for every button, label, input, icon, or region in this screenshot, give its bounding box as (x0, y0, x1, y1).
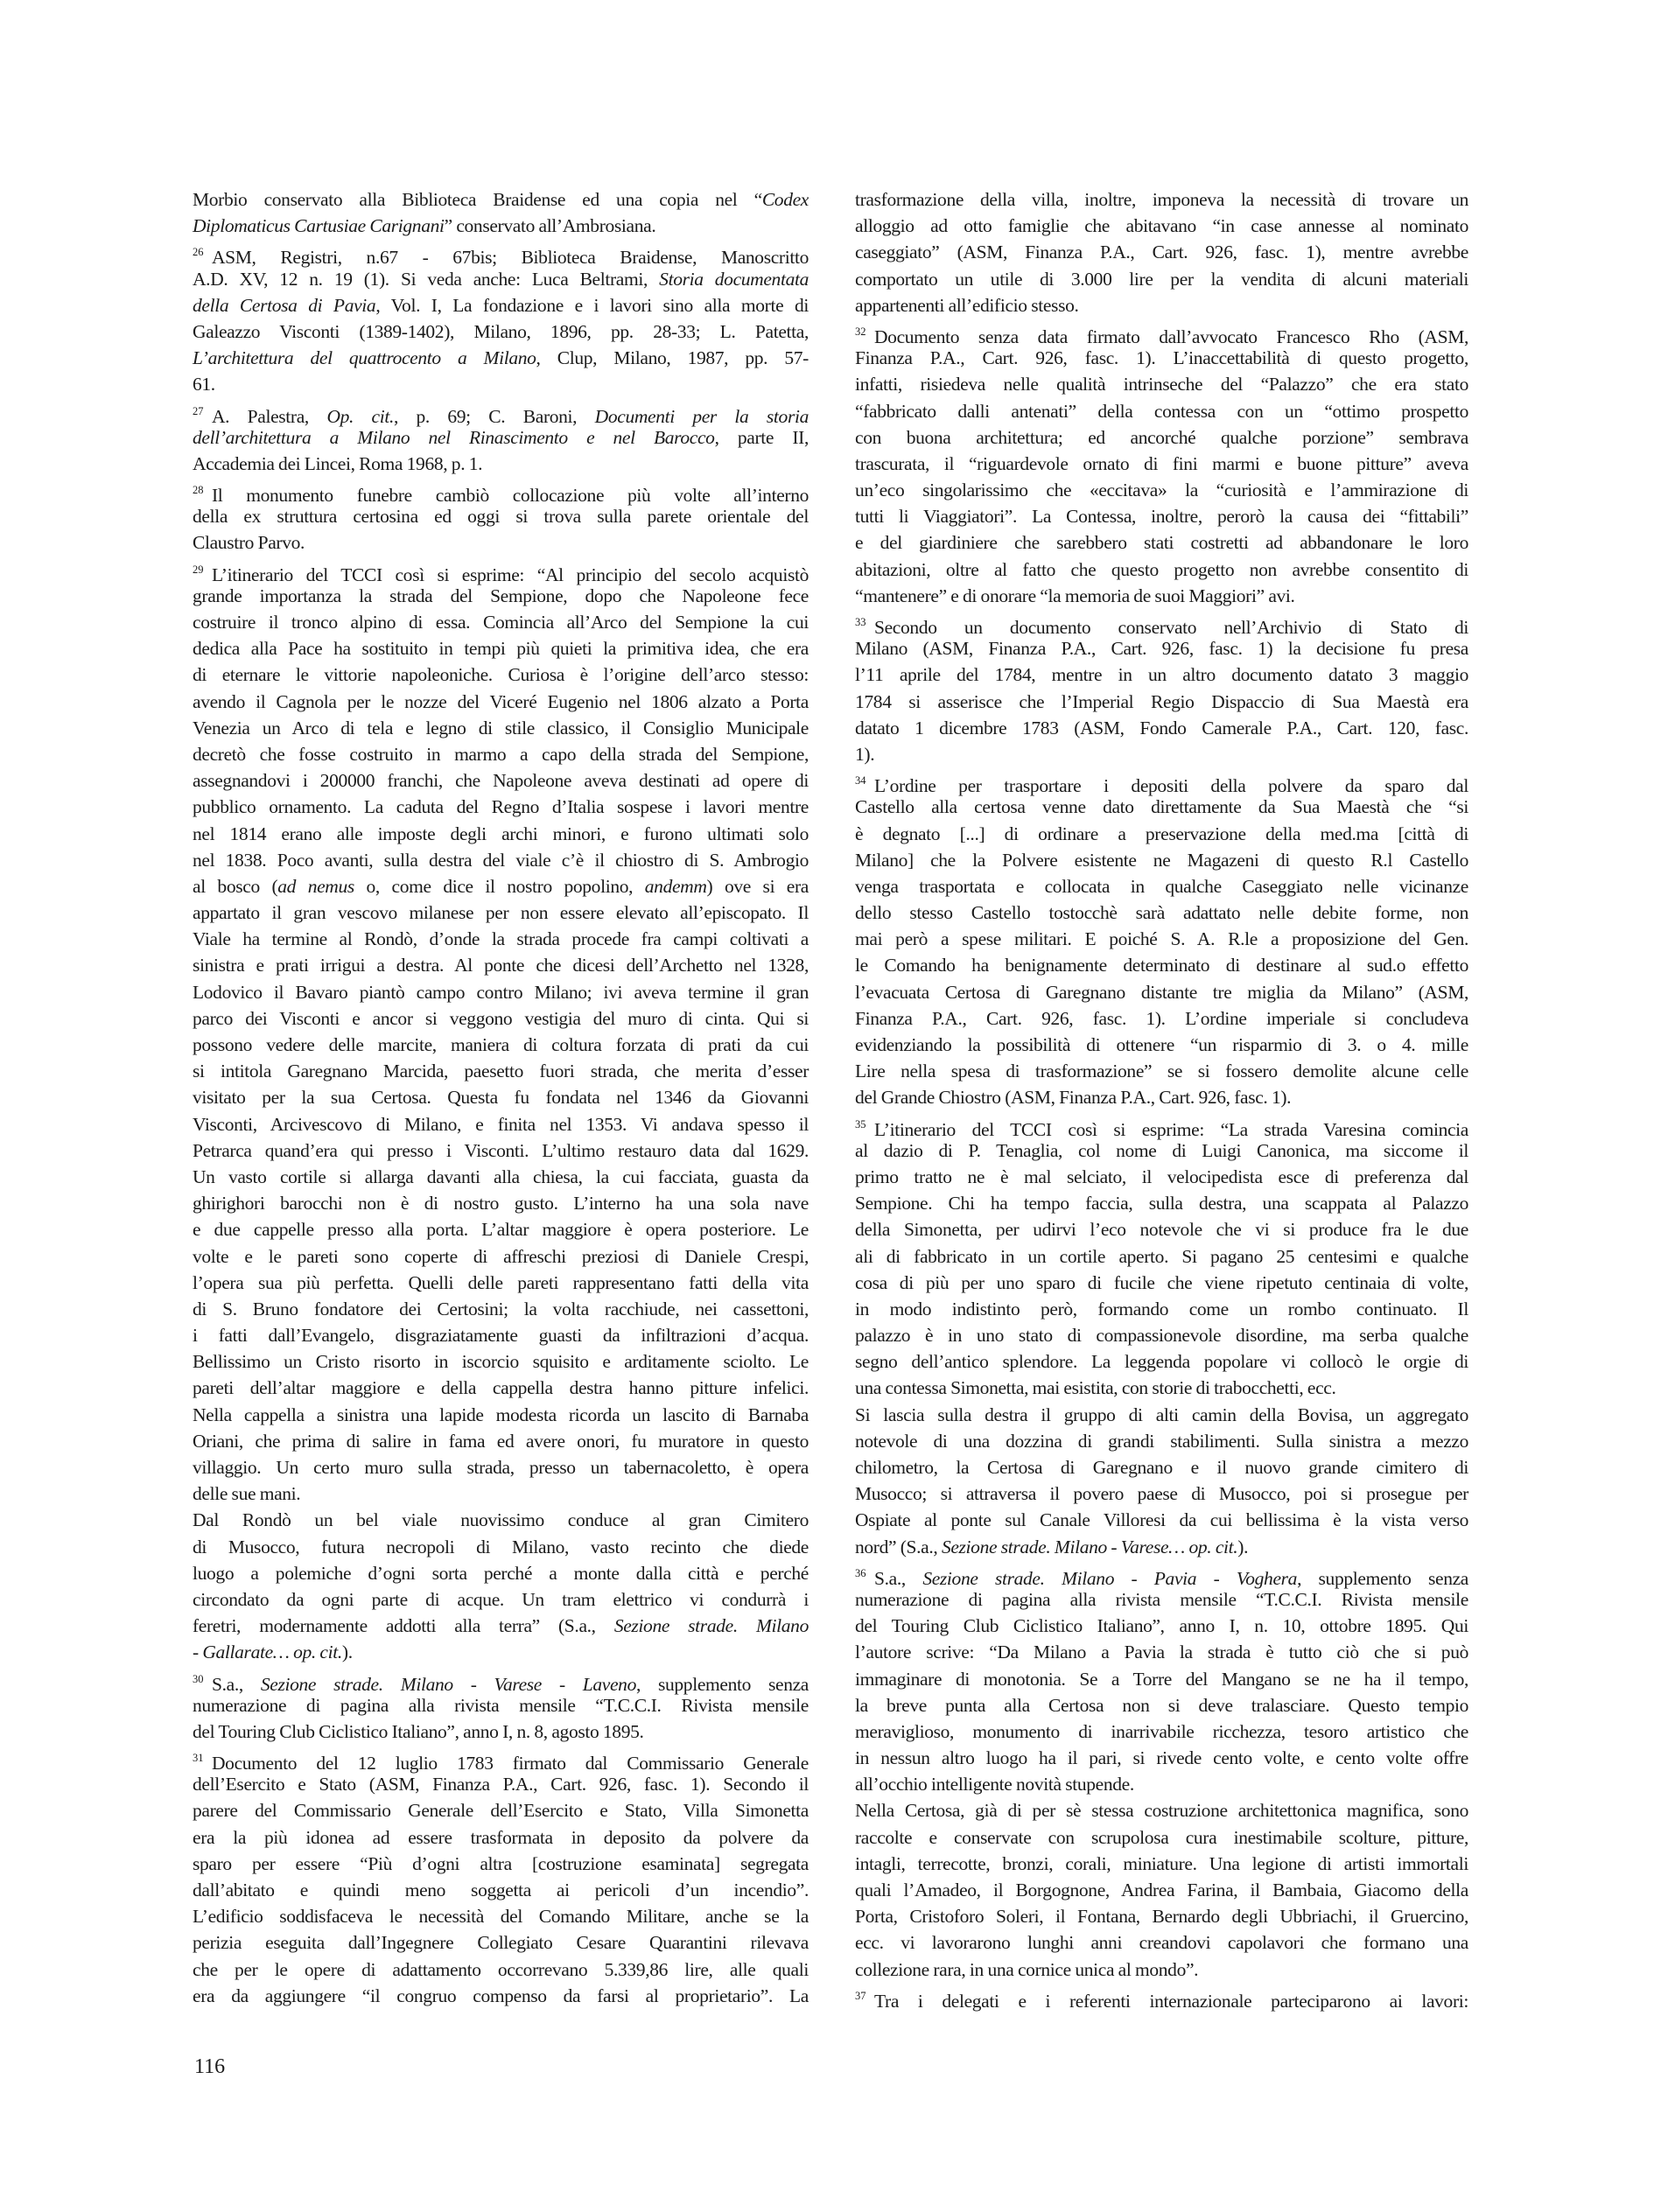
text: perizia eseguita dall’Ingegnere Collegia… (193, 1932, 809, 1953)
text: palazzo è in uno stato di compassionevol… (855, 1325, 1468, 1346)
text-line: Un vasto cortile si allarga davanti alla… (193, 1164, 809, 1190)
text: immaginare di monotonia. Se a Torre del … (855, 1669, 1468, 1690)
text: , p. 69; C. Baroni, (394, 406, 595, 427)
text: , parte II, (715, 427, 809, 448)
text: Nella cappella a sinistra una lapide mod… (193, 1404, 809, 1425)
text: ). (342, 1641, 353, 1662)
text-line: nord” (S.a., Sezione strade. Milano - Va… (855, 1534, 1468, 1560)
footnote-number: 29 (193, 556, 212, 583)
text: meraviglioso, monumento di inarrivabile … (855, 1721, 1468, 1742)
text: ghirighori barocchi non è di nostro gust… (193, 1193, 809, 1214)
text: ecc. vi lavorarono lunghi anni creandovi… (855, 1932, 1468, 1953)
text-line: alloggio ad otto famiglie che abitavano … (855, 213, 1468, 239)
text-line: decretò che fosse costruito in marmo a c… (193, 741, 809, 767)
text-line: del Grande Chiostro (ASM, Finanza P.A., … (855, 1084, 1468, 1110)
text: appartato il gran vescovo milanese per n… (193, 902, 809, 923)
text: Petrarca quand’era qui presso i Visconti… (193, 1140, 809, 1161)
text-line: l’11 aprile del 1784, mentre in un altro… (855, 661, 1468, 688)
text-line: dell’Esercito e Stato (ASM, Finanza P.A.… (193, 1771, 809, 1797)
text-line: si intitola Garegnano Marcida, paesetto … (193, 1058, 809, 1084)
text-line: L’architettura del quattrocento a Milano… (193, 345, 809, 371)
text-line: di S. Bruno fondatore dei Certosini; la … (193, 1296, 809, 1322)
text: del Touring Club Ciclistico Italiano”, a… (193, 1721, 644, 1742)
text: nel 1838. Poco avanti, sulla destra del … (193, 850, 809, 871)
text: di S. Bruno fondatore dei Certosini; la … (193, 1298, 809, 1319)
text-line: quali l’Amadeo, il Borgognone, Andrea Fa… (855, 1877, 1468, 1903)
text-line: primo tratto ne è mal selciato, il veloc… (855, 1164, 1468, 1190)
text: Milano] che la Polvere esistente ne Maga… (855, 850, 1468, 871)
text: 1784 si asserisce che l’Imperial Regio D… (855, 691, 1468, 712)
text-line: palazzo è in uno stato di compassionevol… (855, 1322, 1468, 1348)
text-line: L’edificio soddisfaceva le necessità del… (193, 1903, 809, 1929)
text: volte e le pareti sono coperte di affres… (193, 1246, 809, 1267)
text: villaggio. Un certo muro sulla strada, p… (193, 1457, 809, 1478)
text-line: dello stesso Castello tostocchè sarà ada… (855, 899, 1468, 926)
text: Si lascia sulla destra il gruppo di alti… (855, 1404, 1468, 1425)
footnote-start-line: 35L’itinerario del TCCI così si esprime:… (855, 1111, 1468, 1137)
text-line: Lodovico il Bavaro piantò campo contro M… (193, 979, 809, 1005)
text: del Grande Chiostro (ASM, Finanza P.A., … (855, 1087, 1291, 1108)
text-line: della Certosa di Pavia, Vol. I, La fonda… (193, 292, 809, 318)
text: di eternare le vittorie napoleoniche. Cu… (193, 664, 809, 685)
text: l’autore scrive: “Da Milano a Pavia la s… (855, 1641, 1468, 1662)
text: datato 1 dicembre 1783 (ASM, Fondo Camer… (855, 717, 1468, 738)
document-page: Morbio conservato alla Biblioteca Braide… (0, 0, 1661, 2212)
text-line: nel 1814 erano alle imposte degli archi … (193, 821, 809, 847)
text: Milano (ASM, Finanza P.A., Cart. 926, fa… (855, 638, 1468, 659)
text-line: venga trasportata e collocata in qualche… (855, 873, 1468, 899)
text: feretri, modernamente addotti alla terra… (193, 1615, 614, 1636)
text: della Simonetta, per udirvi l’eco notevo… (855, 1219, 1468, 1240)
text: che per le opere di adattamento occorrev… (193, 1959, 809, 1980)
text: numerazione di pagina alla rivista mensi… (855, 1589, 1468, 1610)
italic-text: L’architettura del quattrocento a Milano (193, 347, 536, 368)
footnote-start-line: 28Il monumento funebre cambiò collocazio… (193, 477, 809, 503)
text: appartenenti all’edificio stesso. (855, 295, 1079, 316)
text-line: del Touring Club Ciclistico Italiano”, a… (193, 1718, 809, 1745)
text-line: con buona architettura; ed ancorché qual… (855, 424, 1468, 451)
text-line: dell’architettura a Milano nel Rinascime… (193, 424, 809, 451)
footnote-start-line: 32Documento senza data firmato dall’avvo… (855, 318, 1468, 345)
text: e due cappelle presso alla porta. L’alta… (193, 1219, 809, 1240)
page-number: 116 (194, 2055, 225, 2079)
footnote-number: 30 (193, 1666, 212, 1692)
text-line: l’opera sua più perfetta. Quelli delle p… (193, 1270, 809, 1296)
footnote-number: 37 (855, 1983, 874, 2009)
text-line: pubblico ornamento. La caduta del Regno … (193, 794, 809, 820)
text: Accademia dei Lincei, Roma 1968, p. 1. (193, 453, 482, 474)
text-line: Milano (ASM, Finanza P.A., Cart. 926, fa… (855, 635, 1468, 661)
text-line: A.D. XV, 12 n. 19 (1). Si veda anche: Lu… (193, 266, 809, 292)
text-line: cosa di più per uno sparo di fucile che … (855, 1270, 1468, 1296)
text: A. Palestra, (212, 406, 326, 427)
text: era da aggiungere “il congruo compenso d… (193, 1985, 809, 2006)
text-line: dall’abitato e quindi meno soggetta ai p… (193, 1877, 809, 1903)
text-line: di Musocco, futura necropoli di Milano, … (193, 1534, 809, 1560)
text: costruire il tronco alpino di essa. Comi… (193, 612, 809, 633)
italic-text: Sezione strade. Milano - Varese… op. cit… (942, 1536, 1237, 1557)
footnote-start-line: 34L’ordine per trasportare i depositi de… (855, 767, 1468, 794)
italic-text: dell’architettura a Milano nel Rinascime… (193, 427, 715, 448)
text-line: ghirighori barocchi non è di nostro gust… (193, 1190, 809, 1216)
text: S.a., (212, 1674, 261, 1695)
text: dedica alla Pace ha sostituito in tempi … (193, 638, 809, 659)
text: comportato un utile di 3.000 lire per la… (855, 269, 1468, 290)
text: raccolte e conservate con scrupolosa cur… (855, 1827, 1468, 1848)
text: Oriani, che prima di salire in fama ed a… (193, 1431, 809, 1452)
text: ali di fabbricato in un cortile aperto. … (855, 1246, 1468, 1267)
text-line: infatti, risiedeva nelle qualità intrins… (855, 371, 1468, 397)
text: dall’abitato e quindi meno soggetta ai p… (193, 1879, 809, 1900)
text: venga trasportata e collocata in qualche… (855, 876, 1468, 897)
text-line: nel 1838. Poco avanti, sulla destra del … (193, 847, 809, 873)
text-line: Milano] che la Polvere esistente ne Maga… (855, 847, 1468, 873)
text: pareti dell’altar maggiore e della cappe… (193, 1377, 809, 1398)
text: , supplemento senza (636, 1674, 809, 1695)
text: nel 1814 erano alle imposte degli archi … (193, 823, 809, 844)
text-line: Galeazzo Visconti (1389-1402), Milano, 1… (193, 318, 809, 345)
text-line: Claustro Parvo. (193, 529, 809, 556)
text-line: appartenenti all’edificio stesso. (855, 292, 1468, 318)
text: del Touring Club Ciclistico Italiano”, a… (855, 1615, 1468, 1636)
text-line: dedica alla Pace ha sostituito in tempi … (193, 635, 809, 661)
text-line: Castello alla certosa venne dato diretta… (855, 794, 1468, 820)
text: Nella Certosa, già di per sè stessa cost… (855, 1800, 1468, 1821)
text-line: Diplomaticus Cartusiae Carignani” conser… (193, 213, 809, 239)
text-line: della Simonetta, per udirvi l’eco notevo… (855, 1216, 1468, 1242)
text-line: parere del Commissario Generale dell’Ese… (193, 1797, 809, 1823)
text: Ospiate al ponte sul Canale Villoresi da… (855, 1509, 1468, 1530)
text-line: “mantenere” e di onorare “la memoria de … (855, 583, 1468, 609)
text: Dal Rondò un bel viale nuovissimo conduc… (193, 1509, 809, 1530)
text-line: ali di fabbricato in un cortile aperto. … (855, 1243, 1468, 1270)
text-line: costruire il tronco alpino di essa. Comi… (193, 609, 809, 635)
text: nord” (S.a., (855, 1536, 942, 1557)
text-line: Porta, Cristoforo Soleri, il Fontana, Be… (855, 1903, 1468, 1929)
text: Claustro Parvo. (193, 532, 305, 553)
text-line: era da aggiungere “il congruo compenso d… (193, 1983, 809, 2009)
footnote-start-line: 37Tra i delegati e i referenti internazi… (855, 1983, 1468, 2009)
text: 1). (855, 744, 874, 765)
text-line: Lire nella spesa di trasformazione” se s… (855, 1058, 1468, 1084)
footnote-start-line: 30S.a., Sezione strade. Milano - Varese … (193, 1666, 809, 1692)
italic-text: Codex (762, 189, 809, 210)
text-line: evidenziando la possibilità di ottenere … (855, 1032, 1468, 1058)
footnote-start-line: 27A. Palestra, Op. cit., p. 69; C. Baron… (193, 398, 809, 424)
text: Viale ha termine al Rondò, d’onde la str… (193, 928, 809, 949)
text-line: le Comando ha benignamente determinato d… (855, 952, 1468, 978)
text: circondato da ogni parte di acque. Un tr… (193, 1589, 809, 1610)
text: era la più idonea ad essere trasformata … (193, 1827, 809, 1848)
text: Galeazzo Visconti (1389-1402), Milano, 1… (193, 321, 809, 342)
text: intagli, terrecotte, bronzi, corali, min… (855, 1853, 1468, 1874)
text: è degnato [...] di ordinare a preservazi… (855, 823, 1468, 844)
text: delle sue mani. (193, 1483, 300, 1504)
text-line: - Gallarate… op. cit.). (193, 1639, 809, 1665)
text-line: numerazione di pagina alla rivista mensi… (855, 1586, 1468, 1613)
italic-text: Sezione strade. Milano - Varese - Laveno (261, 1674, 636, 1695)
italic-text: Sezione strade. Milano (614, 1615, 809, 1636)
text-line: del Touring Club Ciclistico Italiano”, a… (855, 1613, 1468, 1639)
text-column-left: Morbio conservato alla Biblioteca Braide… (193, 186, 809, 2009)
text: e del giardiniere che sarebbero stati co… (855, 532, 1468, 553)
italic-text: andemm (645, 876, 707, 897)
text-line: trasformazione della villa, inoltre, imp… (855, 186, 1468, 213)
text-line: notevole di una dozzina di grandi stabil… (855, 1428, 1468, 1454)
text: Sempione. Chi ha tempo faccia, sulla des… (855, 1193, 1468, 1214)
text-line: ecc. vi lavorarono lunghi anni creandovi… (855, 1929, 1468, 1956)
text: Morbio conservato alla Biblioteca Braide… (193, 189, 762, 210)
text-line: caseggiato” (ASM, Finanza P.A., Cart. 92… (855, 239, 1468, 265)
text-line: Finanza P.A., Cart. 926, fasc. 1). L’ord… (855, 1005, 1468, 1032)
text: chilometro, la Certosa di Garegnano e il… (855, 1457, 1468, 1478)
text-line: e due cappelle presso alla porta. L’alta… (193, 1216, 809, 1242)
text: Finanza P.A., Cart. 926, fasc. 1). L’ina… (855, 347, 1468, 368)
text: avendo il Cagnola per le nozze del Vicer… (193, 691, 809, 712)
text: Venezia un Arco di tela e legno di stile… (193, 717, 809, 738)
text: Lodovico il Bavaro piantò campo contro M… (193, 982, 809, 1003)
text: assegnandovi i 200000 franchi, che Napol… (193, 770, 809, 791)
text-line: villaggio. Un certo muro sulla strada, p… (193, 1454, 809, 1480)
italic-text: ad nemus (277, 876, 354, 897)
text-line: Sempione. Chi ha tempo faccia, sulla des… (855, 1190, 1468, 1216)
text: tutti li Viaggiatori”. La Contessa, inol… (855, 506, 1468, 527)
text: al bosco ( (193, 876, 277, 897)
text: grande importanza la strada del Sempione… (193, 585, 809, 606)
text: l’evacuata Certosa di Garegnano distante… (855, 982, 1468, 1003)
text-line: Visconti, Arcivescovo di Milano, e finit… (193, 1111, 809, 1137)
text: trascurata, il “riguardevole ornato di f… (855, 453, 1468, 474)
text-line: perizia eseguita dall’Ingegnere Collegia… (193, 1929, 809, 1956)
text-line: Musocco; si attraversa il povero paese d… (855, 1480, 1468, 1507)
text: abitazioni, oltre al fatto che questo pr… (855, 559, 1468, 580)
text: la breve punta alla Certosa non si deve … (855, 1695, 1468, 1716)
text: A.D. XV, 12 n. 19 (1). Si veda anche: Lu… (193, 269, 659, 290)
text: in modo indistinto però, formando come u… (855, 1298, 1468, 1319)
italic-text: - Gallarate… op. cit. (193, 1641, 342, 1662)
text: dell’Esercito e Stato (ASM, Finanza P.A.… (193, 1774, 809, 1795)
italic-text: della Certosa di Pavia (193, 295, 375, 316)
footnote-start-line: 26ASM, Registri, n.67 - 67bis; Bibliotec… (193, 239, 809, 265)
text-line: Nella Certosa, già di per sè stessa cost… (855, 1797, 1468, 1823)
text-line: Bellissimo un Cristo risorto in iscorcio… (193, 1348, 809, 1375)
text: ” conservato all’Ambrosiana. (445, 215, 656, 236)
text-line: volte e le pareti sono coperte di affres… (193, 1243, 809, 1270)
text-line: possono vedere delle marcite, maniera di… (193, 1032, 809, 1058)
text-line: 61. (193, 371, 809, 397)
footnote-number: 33 (855, 609, 874, 635)
text: , Clup, Milano, 1987, pp. 57- (536, 347, 809, 368)
text-line: grande importanza la strada del Sempione… (193, 583, 809, 609)
text-line: pareti dell’altar maggiore e della cappe… (193, 1375, 809, 1401)
text: evidenziando la possibilità di ottenere … (855, 1034, 1468, 1055)
footnote-start-line: 31Documento del 12 luglio 1783 firmato d… (193, 1745, 809, 1771)
text-line: collezione rara, in una cornice unica al… (855, 1956, 1468, 1983)
text-line: i fatti dall’Evangelo, disgraziatamente … (193, 1322, 809, 1348)
text: parere del Commissario Generale dell’Ese… (193, 1800, 809, 1821)
text-line: abitazioni, oltre al fatto che questo pr… (855, 556, 1468, 583)
text-line: visitato per la sua Certosa. Questa fu f… (193, 1084, 809, 1110)
text: della ex struttura certosina ed oggi si … (193, 506, 809, 527)
text-line: intagli, terrecotte, bronzi, corali, min… (855, 1851, 1468, 1877)
text: Porta, Cristoforo Soleri, il Fontana, Be… (855, 1906, 1468, 1927)
text-line: meraviglioso, monumento di inarrivabile … (855, 1718, 1468, 1745)
text-line: segno dell’antico splendore. La leggenda… (855, 1348, 1468, 1375)
text: numerazione di pagina alla rivista mensi… (193, 1695, 809, 1716)
text-line: mai però a spese militari. E poiché S. A… (855, 926, 1468, 952)
text-line: feretri, modernamente addotti alla terra… (193, 1613, 809, 1639)
footnote-start-line: 29L’itinerario del TCCI così si esprime:… (193, 556, 809, 583)
text-line: Si lascia sulla destra il gruppo di alti… (855, 1402, 1468, 1428)
text: una contessa Simonetta, mai esistita, co… (855, 1377, 1336, 1398)
text-line: “fabbricato dalli antenati” della contes… (855, 398, 1468, 424)
text: l’11 aprile del 1784, mentre in un altro… (855, 664, 1468, 685)
text: all’occhio intelligente novità stupende. (855, 1774, 1134, 1795)
text: caseggiato” (ASM, Finanza P.A., Cart. 92… (855, 241, 1468, 262)
footnote-number: 27 (193, 398, 212, 424)
text: Un vasto cortile si allarga davanti alla… (193, 1166, 809, 1187)
text: trasformazione della villa, inoltre, imp… (855, 189, 1468, 210)
text: Lire nella spesa di trasformazione” se s… (855, 1060, 1468, 1081)
footnote-number: 31 (193, 1745, 212, 1771)
text-line: appartato il gran vescovo milanese per n… (193, 899, 809, 926)
text-line: numerazione di pagina alla rivista mensi… (193, 1692, 809, 1718)
italic-text: Documenti per la storia (595, 406, 809, 427)
italic-text: Op. cit. (326, 406, 394, 427)
text-line: la breve punta alla Certosa non si deve … (855, 1692, 1468, 1718)
text: L’itinerario del TCCI così si esprime: “… (874, 1119, 1468, 1140)
text: visitato per la sua Certosa. Questa fu f… (193, 1087, 809, 1108)
footnote-number: 32 (855, 318, 874, 345)
text: decretò che fosse costruito in marmo a c… (193, 744, 809, 765)
text: Tra i delegati e i referenti internazion… (874, 1991, 1468, 2012)
text-line: avendo il Cagnola per le nozze del Vicer… (193, 689, 809, 715)
text-line: delle sue mani. (193, 1480, 809, 1507)
footnote-number: 35 (855, 1111, 874, 1137)
text-line: assegnandovi i 200000 franchi, che Napol… (193, 767, 809, 794)
text: segno dell’antico splendore. La leggenda… (855, 1351, 1468, 1372)
text-line: in nessun altro luogo ha il pari, si riv… (855, 1745, 1468, 1771)
text-line: Viale ha termine al Rondò, d’onde la str… (193, 926, 809, 952)
text: o, come dice il nostro popolino, (354, 876, 645, 897)
footnote-number: 36 (855, 1560, 874, 1586)
text: 61. (193, 374, 215, 395)
text: luogo a polemiche d’ogni sorta perché a … (193, 1563, 809, 1584)
text-line: 1). (855, 741, 1468, 767)
text-line: all’occhio intelligente novità stupende. (855, 1771, 1468, 1797)
footnote-start-line: 33Secondo un documento conservato nell’A… (855, 609, 1468, 635)
text-line: della ex struttura certosina ed oggi si … (193, 503, 809, 529)
text-line: Venezia un Arco di tela e legno di stile… (193, 715, 809, 741)
footnote-number: 26 (193, 239, 212, 265)
text: l’opera sua più perfetta. Quelli delle p… (193, 1272, 809, 1293)
text-line: Nella cappella a sinistra una lapide mod… (193, 1402, 809, 1428)
text: ASM, Registri, n.67 - 67bis; Biblioteca … (212, 247, 809, 268)
text-line: datato 1 dicembre 1783 (ASM, Fondo Camer… (855, 715, 1468, 741)
text-line: di eternare le vittorie napoleoniche. Cu… (193, 661, 809, 688)
text-line: l’autore scrive: “Da Milano a Pavia la s… (855, 1639, 1468, 1665)
text-line: e del giardiniere che sarebbero stati co… (855, 529, 1468, 556)
text-line: sparo per essere “Più d’ogni altra [cost… (193, 1851, 809, 1877)
text-line: sinistra e prati irrigui a destra. Al po… (193, 952, 809, 978)
text: con buona architettura; ed ancorché qual… (855, 427, 1468, 448)
text: infatti, risiedeva nelle qualità intrins… (855, 374, 1468, 395)
text-line: Accademia dei Lincei, Roma 1968, p. 1. (193, 451, 809, 477)
text: Finanza P.A., Cart. 926, fasc. 1). L’ord… (855, 1008, 1468, 1029)
text: un’eco singolarissimo che «eccitava» la … (855, 479, 1468, 500)
text-line: al bosco (ad nemus o, come dice il nostr… (193, 873, 809, 899)
text: sparo per essere “Più d’ogni altra [cost… (193, 1853, 809, 1874)
text: Visconti, Arcivescovo di Milano, e finit… (193, 1114, 809, 1135)
text: possono vedere delle marcite, maniera di… (193, 1034, 809, 1055)
text: alloggio ad otto famiglie che abitavano … (855, 215, 1468, 236)
text: di Musocco, futura necropoli di Milano, … (193, 1536, 809, 1557)
text-line: era la più idonea ad essere trasformata … (193, 1824, 809, 1851)
text: i fatti dall’Evangelo, disgraziatamente … (193, 1325, 809, 1346)
text-line: Morbio conservato alla Biblioteca Braide… (193, 186, 809, 213)
text: collezione rara, in una cornice unica al… (855, 1959, 1198, 1980)
text-line: una contessa Simonetta, mai esistita, co… (855, 1375, 1468, 1401)
text-line: luogo a polemiche d’ogni sorta perché a … (193, 1560, 809, 1586)
text-line: al dazio di P. Tenaglia, col nome di Lui… (855, 1137, 1468, 1164)
text-line: raccolte e conservate con scrupolosa cur… (855, 1824, 1468, 1851)
text: quali l’Amadeo, il Borgognone, Andrea Fa… (855, 1879, 1468, 1900)
text: in nessun altro luogo ha il pari, si riv… (855, 1747, 1468, 1768)
text: pubblico ornamento. La caduta del Regno … (193, 796, 809, 817)
text-column-right: trasformazione della villa, inoltre, imp… (855, 186, 1468, 2009)
text-line: immaginare di monotonia. Se a Torre del … (855, 1666, 1468, 1692)
text-line: circondato da ogni parte di acque. Un tr… (193, 1586, 809, 1613)
text: ). (1237, 1536, 1248, 1557)
text: parco dei Visconti e ancor si veggono ve… (193, 1008, 809, 1029)
text-line: è degnato [...] di ordinare a preservazi… (855, 821, 1468, 847)
text-line: Oriani, che prima di salire in fama ed a… (193, 1428, 809, 1454)
text-line: parco dei Visconti e ancor si veggono ve… (193, 1005, 809, 1032)
text-line: 1784 si asserisce che l’Imperial Regio D… (855, 689, 1468, 715)
text-line: Dal Rondò un bel viale nuovissimo conduc… (193, 1507, 809, 1533)
footnote-start-line: 36S.a., Sezione strade. Milano - Pavia -… (855, 1560, 1468, 1586)
italic-text: Diplomaticus Cartusiae Carignani (193, 215, 445, 236)
footnote-number: 28 (193, 477, 212, 503)
text-line: trascurata, il “riguardevole ornato di f… (855, 451, 1468, 477)
text: mai però a spese militari. E poiché S. A… (855, 928, 1468, 949)
text-line: chilometro, la Certosa di Garegnano e il… (855, 1454, 1468, 1480)
text-line: comportato un utile di 3.000 lire per la… (855, 266, 1468, 292)
text: , Vol. I, La fondazione e i lavori sino … (375, 295, 809, 316)
text-line: in modo indistinto però, formando come u… (855, 1296, 1468, 1322)
text: Musocco; si attraversa il povero paese d… (855, 1483, 1468, 1504)
text-line: Finanza P.A., Cart. 926, fasc. 1). L’ina… (855, 345, 1468, 371)
footnote-number: 34 (855, 767, 874, 794)
text: si intitola Garegnano Marcida, paesetto … (193, 1060, 809, 1081)
text: “mantenere” e di onorare “la memoria de … (855, 585, 1295, 606)
text: primo tratto ne è mal selciato, il veloc… (855, 1166, 1468, 1187)
text: al dazio di P. Tenaglia, col nome di Lui… (855, 1140, 1468, 1161)
text-line: Ospiate al ponte sul Canale Villoresi da… (855, 1507, 1468, 1533)
text: Castello alla certosa venne dato diretta… (855, 796, 1468, 817)
text: sinistra e prati irrigui a destra. Al po… (193, 955, 809, 976)
text-line: Petrarca quand’era qui presso i Visconti… (193, 1137, 809, 1164)
text: cosa di più per uno sparo di fucile che … (855, 1272, 1468, 1293)
text: dello stesso Castello tostocchè sarà ada… (855, 902, 1468, 923)
text-line: un’eco singolarissimo che «eccitava» la … (855, 477, 1468, 503)
text: “fabbricato dalli antenati” della contes… (855, 401, 1468, 422)
text: L’edificio soddisfaceva le necessità del… (193, 1906, 809, 1927)
text: Bellissimo un Cristo risorto in iscorcio… (193, 1351, 809, 1372)
italic-text: Storia documentata (659, 269, 809, 290)
text-line: l’evacuata Certosa di Garegnano distante… (855, 979, 1468, 1005)
text: ) ove si era (707, 876, 809, 897)
